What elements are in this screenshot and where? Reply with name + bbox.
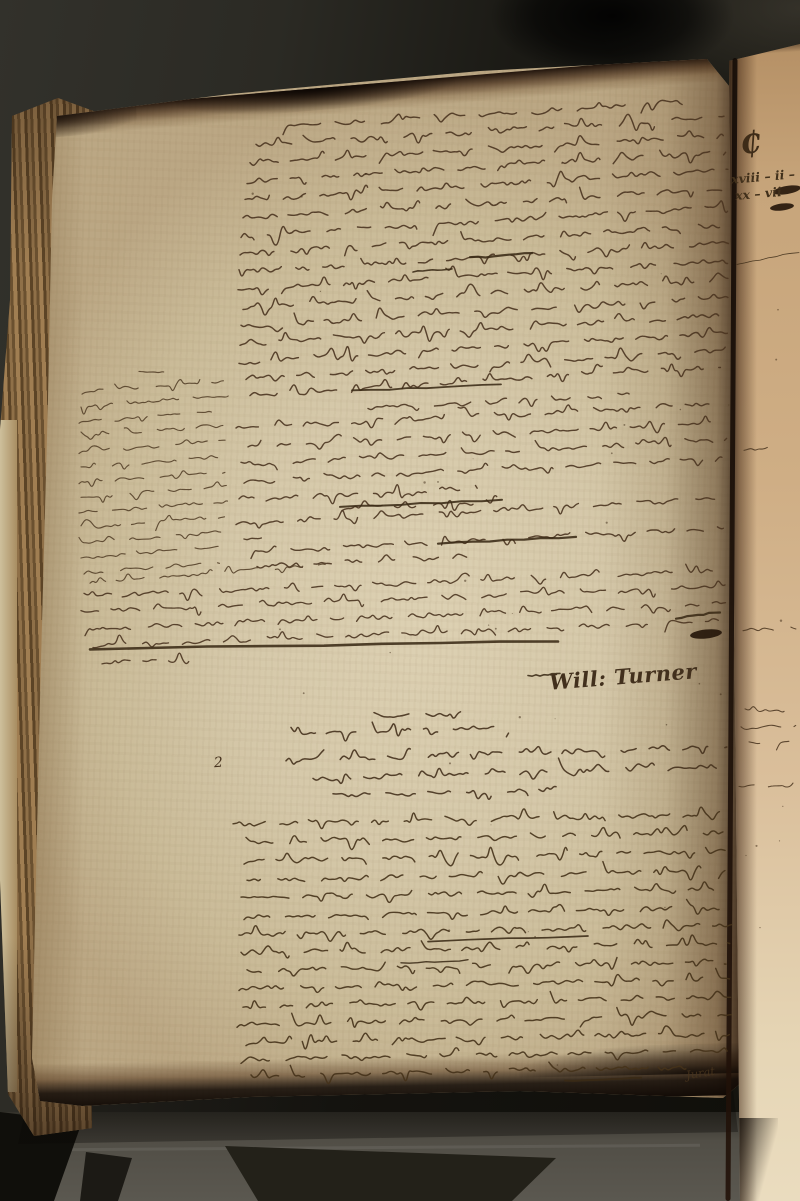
left-page-gutter-shading xyxy=(598,48,746,1110)
left-manuscript-page xyxy=(0,0,800,1201)
manuscript-photo: 2 Will: Turner Jurat ₵ xviii – ii – xx –… xyxy=(0,0,800,1201)
